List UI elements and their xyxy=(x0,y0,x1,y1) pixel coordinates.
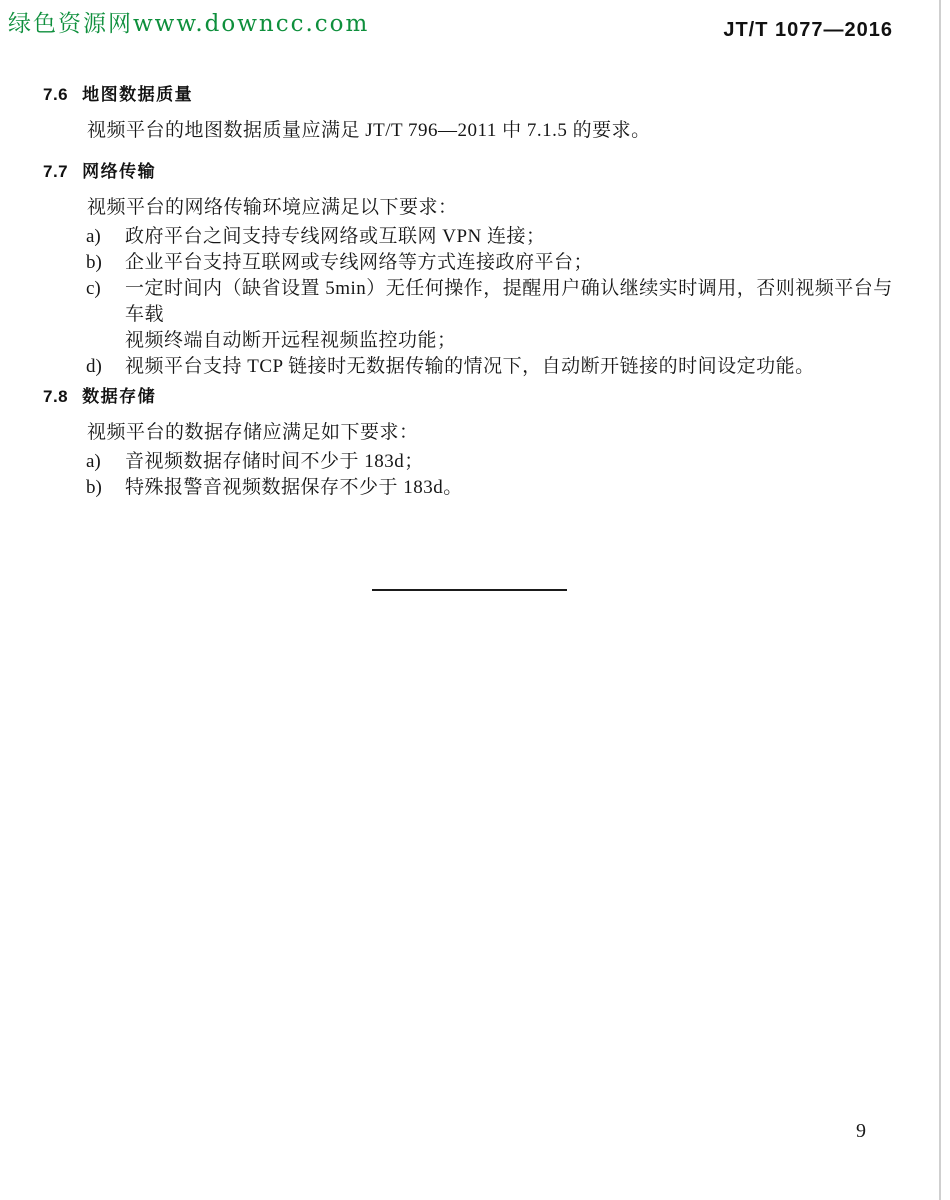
list-item: b) 特殊报警音视频数据保存不少于 183d。 xyxy=(86,475,893,501)
page-content: 7.6地图数据质量 视频平台的地图数据质量应满足 JT/T 796—2011 中… xyxy=(43,84,893,501)
list-item-label: a) xyxy=(86,449,125,475)
list-item-line: 企业平台支持互联网或专线网络等方式连接政府平台； xyxy=(125,250,893,276)
list-item-line: 一定时间内（缺省设置 5min）无任何操作，提醒用户确认继续实时调用，否则视频平… xyxy=(125,276,893,328)
list-item-text: 企业平台支持互联网或专线网络等方式连接政府平台； xyxy=(125,250,893,276)
section-number: 7.7 xyxy=(43,162,68,181)
section-heading-7-7: 7.7网络传输 xyxy=(43,161,893,183)
section-number: 7.6 xyxy=(43,85,68,104)
list-item-line: 视频平台支持 TCP 链接时无数据传输的情况下，自动断开链接的时间设定功能。 xyxy=(125,354,893,380)
list-item-label: c) xyxy=(86,276,125,354)
standard-number: JT/T 1077—2016 xyxy=(723,19,893,42)
section-title: 网络传输 xyxy=(82,162,156,181)
list-item-label: b) xyxy=(86,475,125,501)
watermark-text: 绿色资源网www.downcc.com xyxy=(8,5,369,38)
list-item-text: 政府平台之间支持专线网络或互联网 VPN 连接； xyxy=(125,224,893,250)
list-item: d) 视频平台支持 TCP 链接时无数据传输的情况下，自动断开链接的时间设定功能… xyxy=(86,354,893,380)
list-item: c) 一定时间内（缺省设置 5min）无任何操作，提醒用户确认继续实时调用，否则… xyxy=(86,276,893,354)
section-number: 7.8 xyxy=(43,387,68,406)
list-item-text: 视频平台支持 TCP 链接时无数据传输的情况下，自动断开链接的时间设定功能。 xyxy=(125,354,893,380)
list-item-line: 政府平台之间支持专线网络或互联网 VPN 连接； xyxy=(125,224,893,250)
list-item-label: d) xyxy=(86,354,125,380)
document-page: 绿色资源网www.downcc.com JT/T 1077—2016 7.6地图… xyxy=(0,0,950,1200)
section-title: 数据存储 xyxy=(82,387,156,406)
section-paragraph-7-8: 视频平台的数据存储应满足如下要求： xyxy=(87,420,893,445)
section-paragraph-7-7: 视频平台的网络传输环境应满足以下要求： xyxy=(87,195,893,220)
list-item-text: 一定时间内（缺省设置 5min）无任何操作，提醒用户确认继续实时调用，否则视频平… xyxy=(125,276,893,354)
list-item: a) 音视频数据存储时间不少于 183d； xyxy=(86,449,893,475)
list-item-label: b) xyxy=(86,250,125,276)
list-item-text: 特殊报警音视频数据保存不少于 183d。 xyxy=(125,475,893,501)
section-heading-7-6: 7.6地图数据质量 xyxy=(43,84,893,106)
list-item-line: 视频终端自动断开远程视频监控功能； xyxy=(125,328,893,354)
section-end-rule xyxy=(372,589,567,591)
list-item-line: 音视频数据存储时间不少于 183d； xyxy=(125,449,893,475)
list-7-8: a) 音视频数据存储时间不少于 183d； b) 特殊报警音视频数据保存不少于 … xyxy=(86,449,893,501)
list-item-label: a) xyxy=(86,224,125,250)
page-number: 9 xyxy=(856,1120,866,1143)
list-item: b) 企业平台支持互联网或专线网络等方式连接政府平台； xyxy=(86,250,893,276)
list-item-text: 音视频数据存储时间不少于 183d； xyxy=(125,449,893,475)
spacer xyxy=(43,143,893,161)
scan-edge-line xyxy=(939,0,941,1200)
section-heading-7-8: 7.8数据存储 xyxy=(43,386,893,408)
list-item: a) 政府平台之间支持专线网络或互联网 VPN 连接； xyxy=(86,224,893,250)
list-7-7: a) 政府平台之间支持专线网络或互联网 VPN 连接； b) 企业平台支持互联网… xyxy=(86,224,893,380)
section-paragraph-7-6: 视频平台的地图数据质量应满足 JT/T 796—2011 中 7.1.5 的要求… xyxy=(87,118,893,143)
list-item-line: 特殊报警音视频数据保存不少于 183d。 xyxy=(125,475,893,501)
section-title: 地图数据质量 xyxy=(82,85,193,104)
